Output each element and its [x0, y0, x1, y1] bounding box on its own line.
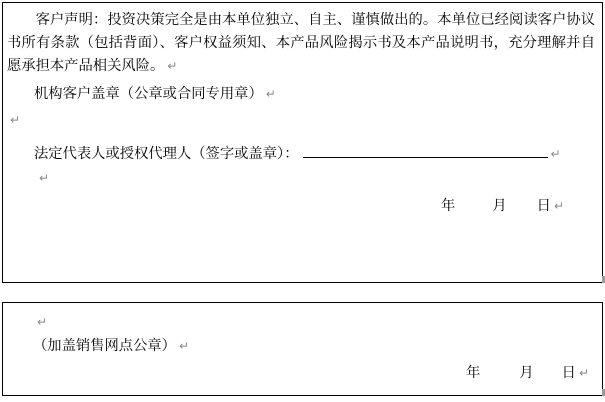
institution-seal-label: 机构客户盖章（公章或合同专用章）: [34, 86, 263, 102]
year-label: 年: [441, 198, 455, 214]
paragraph-mark-icon: ↵: [263, 87, 276, 101]
day-label: 日: [562, 365, 576, 381]
outlet-seal-label: （加盖销售网点公章）: [33, 338, 176, 354]
paragraph-mark-icon: ↵: [39, 172, 49, 184]
paragraph-mark-icon: ↵: [176, 339, 189, 353]
representative-signature-line: 法定代表人或授权代理人（签字或盖章）：↵: [34, 143, 561, 163]
outlet-seal-box: ↵ （加盖销售网点公章）↵ 年月日↵: [2, 302, 603, 396]
year-label: 年: [466, 365, 480, 381]
outlet-seal-line: （加盖销售网点公章）↵: [33, 337, 189, 355]
day-label: 日: [537, 198, 551, 214]
customer-statement-paragraph: 客户声明：投资决策完全是由本单位独立、自主、谨慎做出的。本单位已经阅读客户协议书…: [7, 9, 595, 78]
paragraph-mark-icon: ↵: [576, 366, 589, 380]
paragraph-mark-icon: ↵: [164, 59, 177, 73]
declaration-box: 客户声明：投资决策完全是由本单位独立、自主、谨慎做出的。本单位已经阅读客户协议书…: [2, 2, 603, 283]
paragraph-mark-icon: ↵: [551, 199, 564, 213]
month-label: 月: [519, 365, 533, 381]
signature-blank-field[interactable]: [303, 143, 548, 158]
month-label: 月: [492, 198, 506, 214]
outlet-date-line: 年月日↵: [466, 364, 589, 382]
customer-statement-text: 客户声明：投资决策完全是由本单位独立、自主、谨慎做出的。本单位已经阅读客户协议书…: [7, 12, 595, 74]
paragraph-mark-icon: ↵: [37, 316, 47, 328]
declaration-date-line: 年月日↵: [441, 197, 564, 215]
paragraph-mark-icon: ↵: [10, 114, 20, 126]
representative-signature-label: 法定代表人或授权代理人（签字或盖章）：: [34, 146, 299, 162]
document-page: 客户声明：投资决策完全是由本单位独立、自主、谨慎做出的。本单位已经阅读客户协议书…: [0, 0, 605, 402]
paragraph-mark-icon: ↵: [548, 147, 561, 161]
institution-seal-line: 机构客户盖章（公章或合同专用章）↵: [34, 85, 276, 103]
